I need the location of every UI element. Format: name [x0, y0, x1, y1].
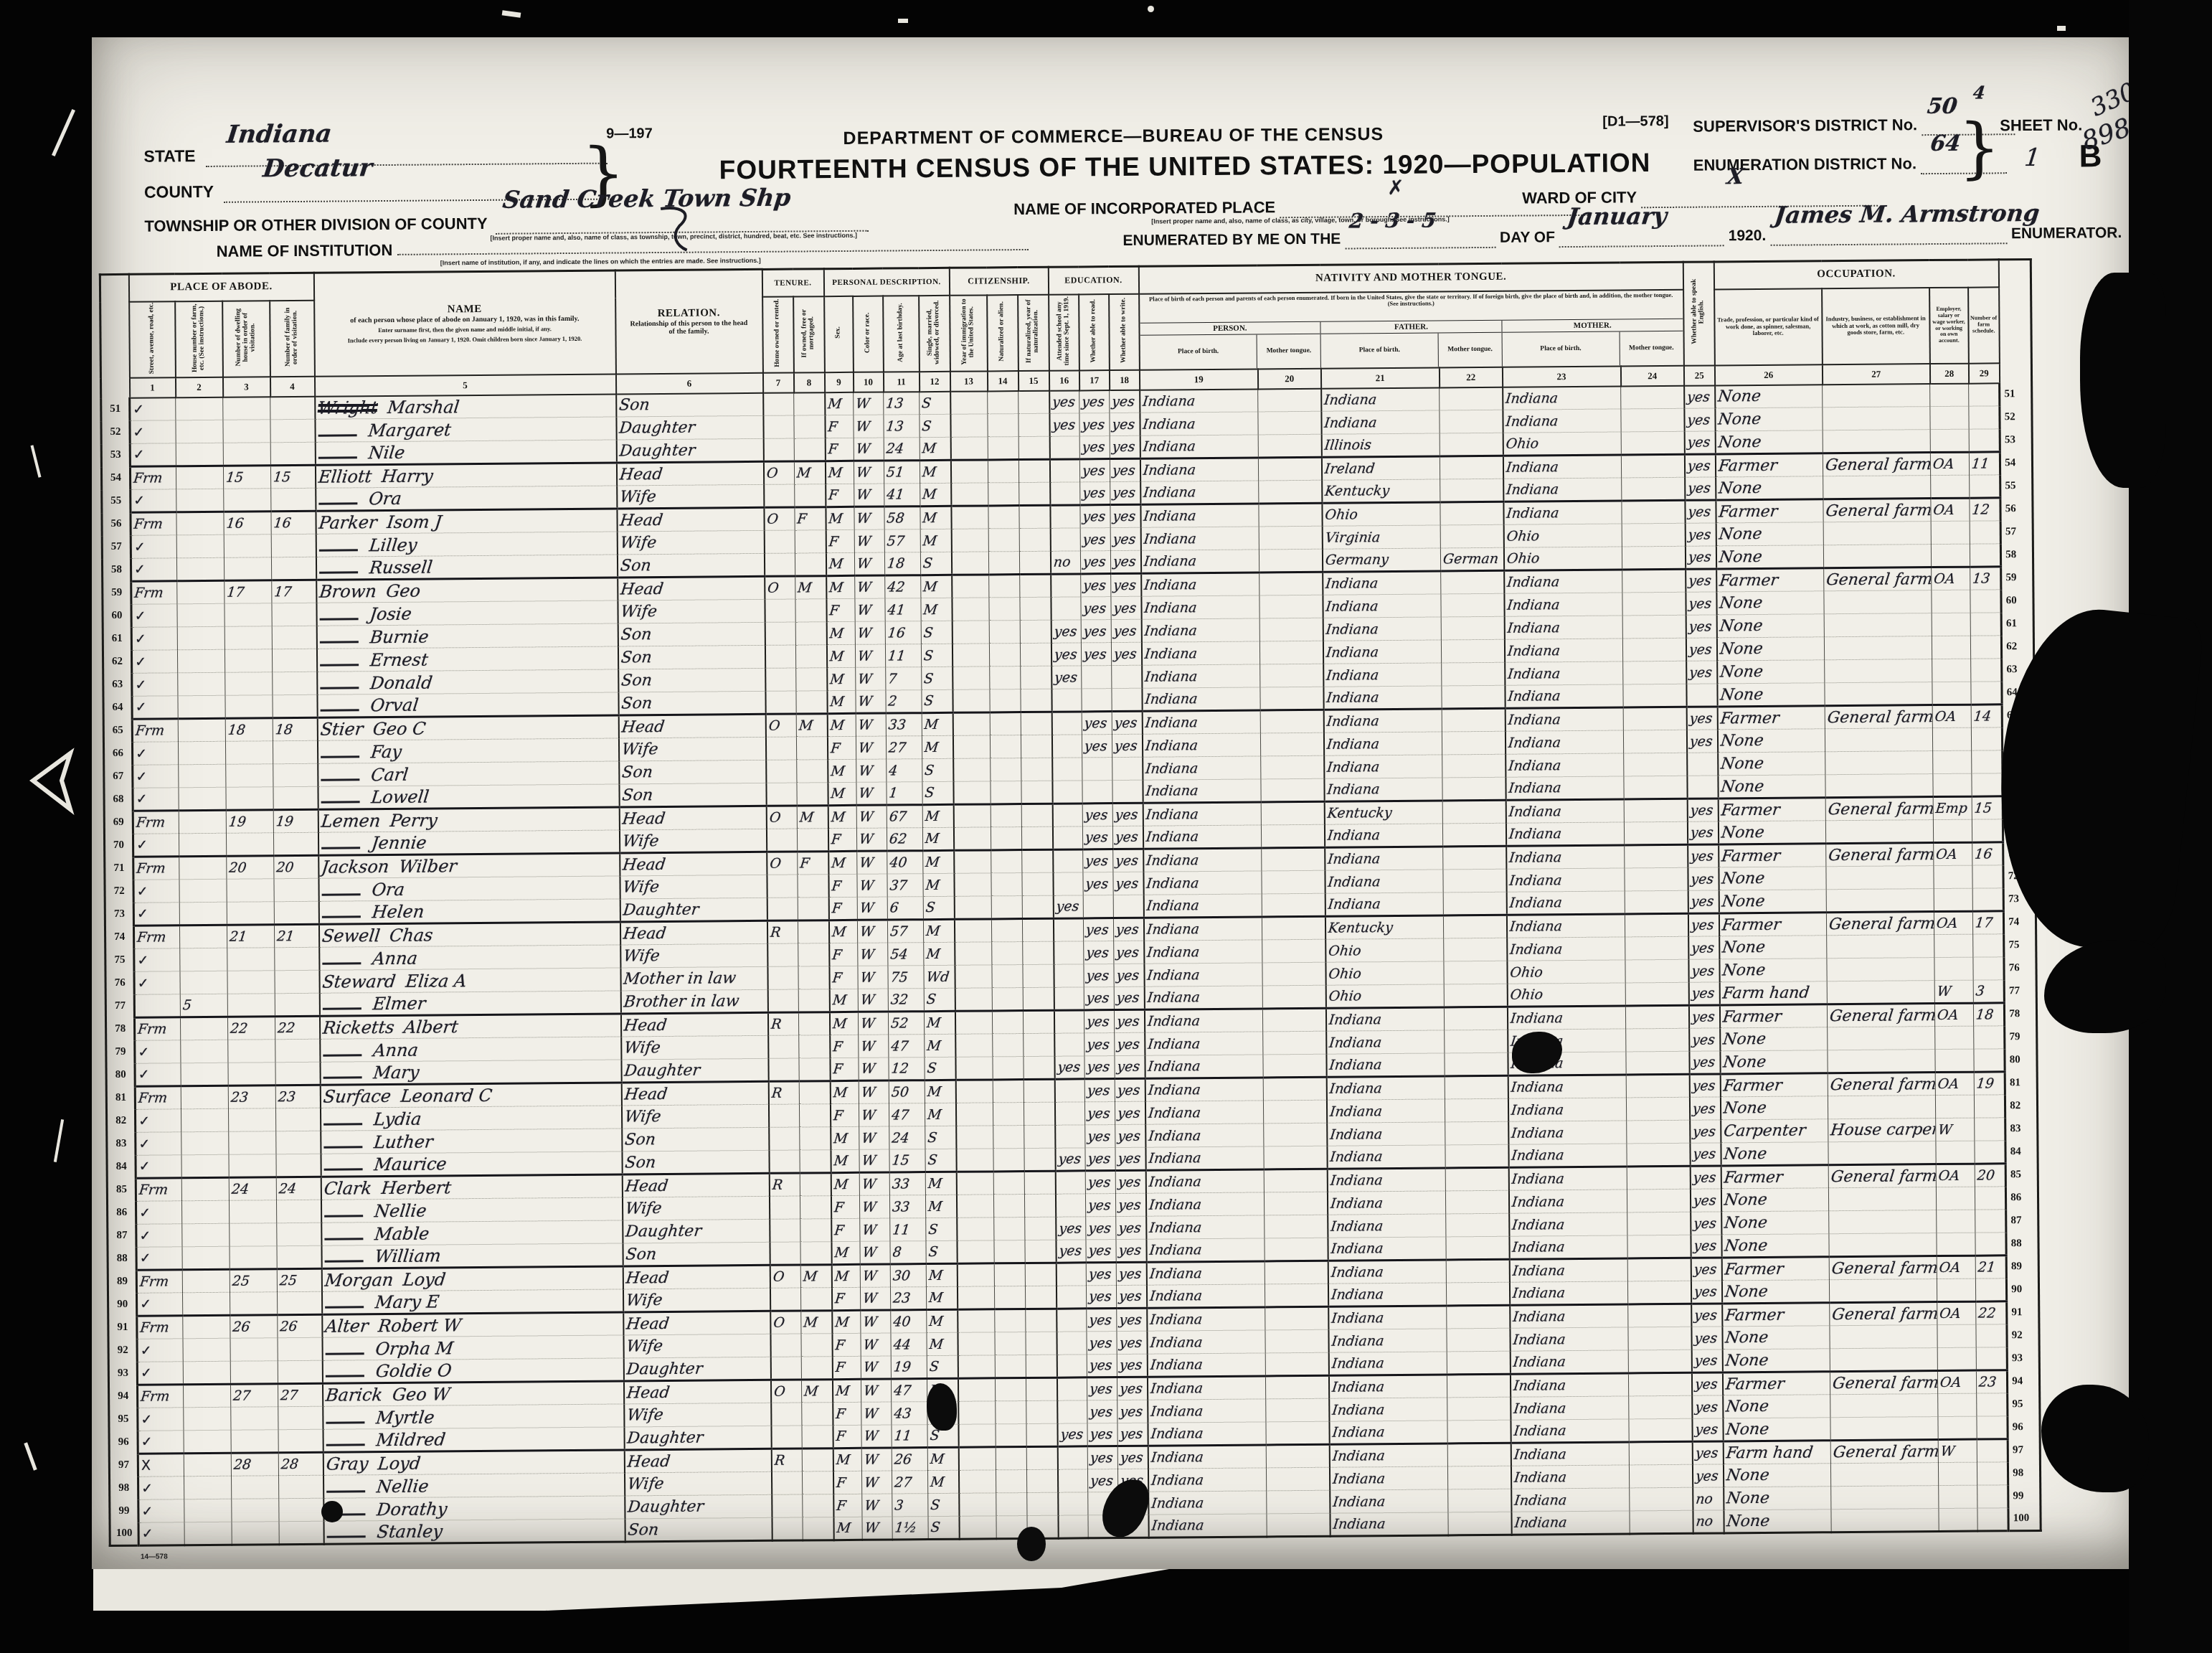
cell-able-to-read-value: yes: [1087, 1129, 1111, 1144]
line-number-left: 79: [106, 1040, 135, 1063]
cell-name: Nellie: [323, 1473, 625, 1498]
cell-dwelling-number: [230, 1292, 277, 1316]
cell-age-value: 13: [885, 418, 904, 434]
cell-street-value: ✓: [140, 1251, 151, 1266]
cell-relation-value: Brother in law: [623, 992, 740, 1011]
col-28-header: Employer, salary or wage worker, or work…: [1929, 287, 1969, 363]
cell-mother-birthplace-value: Indiana: [1510, 1079, 1564, 1096]
ditto-dash: [321, 885, 360, 895]
cell-speaks-english-value: yes: [1693, 1376, 1718, 1392]
line-number-left: 78: [105, 1017, 134, 1040]
cell-able-to-read: yes: [1082, 826, 1112, 849]
cell-farm-schedule: 3: [1973, 980, 2004, 1003]
cell-color: W: [859, 1080, 889, 1103]
cell-street-value: ✓: [138, 1113, 150, 1129]
cell-mother-mother-tongue: [1624, 753, 1687, 776]
cell-street: ✓: [132, 673, 178, 697]
cell-street: ✓: [133, 788, 179, 811]
cell-color-value: W: [861, 1199, 877, 1215]
cell-relation-value: Mother in law: [623, 969, 737, 988]
ditto-dash: [320, 656, 359, 666]
cell-house-number-value: 5: [182, 997, 193, 1013]
cell-color-value: W: [864, 1497, 879, 1513]
right-margin-blotch-upper: [2080, 273, 2166, 488]
cell-mother-mother-tongue: [1629, 1395, 1692, 1419]
cell-color: W: [861, 1310, 891, 1333]
cell-house-number: [178, 672, 225, 696]
cell-relation: Head: [618, 576, 765, 601]
cell-occupation-value: Farmer: [1721, 1007, 1782, 1026]
cell-marital-status: S: [922, 667, 953, 689]
cell-home-owned: [769, 1196, 800, 1219]
cell-age-value: 54: [889, 946, 909, 962]
cell-sex-value: F: [835, 1406, 846, 1422]
cell-person-birthplace-value: Indiana: [1145, 783, 1199, 799]
cell-marital-status-value: S: [923, 693, 935, 709]
cell-industry: [1827, 935, 1934, 959]
cell-able-to-read: yes: [1079, 459, 1110, 482]
cell-marital-status: M: [924, 1011, 955, 1034]
cell-speaks-english-value: yes: [1691, 1054, 1716, 1070]
line-number-cell-right: 93: [2007, 1347, 2039, 1370]
cell-employer-class: [1934, 865, 1972, 888]
cell-naturalized: [991, 804, 1021, 827]
cell-able-to-write: yes: [1115, 1147, 1145, 1170]
cell-age: 40: [887, 851, 923, 874]
cell-relation: Wife: [620, 943, 767, 968]
cell-home-owned: [764, 530, 795, 553]
cell-naturalization-year: [1020, 620, 1051, 643]
cell-industry: General farm: [1826, 843, 1934, 867]
cell-relation: Son: [618, 691, 765, 715]
cell-speaks-english: yes: [1690, 1166, 1721, 1189]
line-number-left: 69: [104, 811, 133, 834]
cell-relation: Head: [623, 1265, 770, 1289]
cell-farm-schedule: [1969, 429, 2000, 452]
cell-street: ✓: [131, 604, 177, 628]
cell-able-to-write-value: yes: [1112, 554, 1137, 570]
cell-immigration-year: [953, 735, 990, 758]
cell-free-mortgaged: [795, 645, 826, 668]
cell-relation: Son: [618, 645, 765, 669]
cell-age: 19: [891, 1356, 927, 1379]
cell-dwelling-number: 19: [226, 810, 273, 834]
cell-able-to-read: yes: [1084, 1102, 1115, 1125]
cell-family-number: [277, 1291, 321, 1314]
cell-relation-value: Wife: [626, 1475, 664, 1493]
cell-relation-value: Daughter: [618, 441, 696, 460]
cell-free-mortgaged: [796, 668, 827, 691]
cell-industry: General farm: [1830, 1371, 1938, 1395]
cell-mother-birthplace-value: Indiana: [1508, 872, 1562, 889]
cell-speaks-english-value: yes: [1688, 618, 1712, 634]
cell-family-number-value: 17: [273, 584, 293, 600]
cell-industry: [1830, 1394, 1938, 1418]
cell-naturalization-year: [1023, 1010, 1054, 1033]
cell-industry: General farm: [1828, 1004, 1935, 1027]
cell-employer-class-value: W: [1940, 1444, 1956, 1459]
cell-free-mortgaged: [797, 760, 828, 783]
cell-naturalization-year: [1023, 987, 1054, 1010]
cell-naturalization-year: [1025, 1240, 1056, 1263]
cell-mother-birthplace: Indiana: [1504, 616, 1622, 639]
cell-sex-value: F: [833, 1291, 845, 1306]
cell-house-number: [176, 397, 223, 420]
cell-sex-value: M: [828, 580, 844, 595]
cell-speaks-english: yes: [1686, 661, 1717, 684]
cell-farm-schedule: [1977, 1508, 2008, 1531]
cell-color: W: [856, 805, 887, 828]
cell-free-mortgaged: [803, 1494, 833, 1517]
col-number-11: 11: [883, 372, 919, 392]
given-name: Maurice: [373, 1154, 448, 1174]
cell-able-to-write: yes: [1110, 458, 1140, 481]
cell-immigration-year: [957, 1286, 994, 1309]
cell-farm-schedule: [1977, 1485, 2008, 1508]
cell-age: 43: [892, 1402, 927, 1425]
cell-family-number: 19: [273, 809, 318, 832]
cell-occupation: None: [1719, 821, 1826, 844]
cell-relation-value: Wife: [619, 534, 657, 552]
cell-father-mother-tongue: [1442, 800, 1506, 824]
cell-mother-birthplace: Indiana: [1511, 1373, 1629, 1397]
cell-naturalization-year: [1024, 1125, 1055, 1148]
cell-farm-schedule: 13: [1970, 567, 2001, 590]
cell-person-mother-tongue: [1260, 687, 1323, 710]
cell-home-owned: O: [770, 1380, 801, 1403]
cell-father-birthplace-value: Indiana: [1328, 1080, 1382, 1097]
cell-mother-birthplace: Indiana: [1511, 1419, 1629, 1443]
cell-person-mother-tongue: [1263, 1077, 1326, 1101]
cell-person-birthplace: Indiana: [1144, 963, 1262, 986]
cell-able-to-write-value: yes: [1119, 1357, 1143, 1373]
cell-age-value: 62: [889, 831, 908, 847]
cell-farm-schedule-value: 14: [1973, 708, 1993, 724]
cell-immigration-year: [958, 1378, 995, 1401]
cell-age-value: 40: [892, 1314, 912, 1329]
cell-color-value: W: [861, 1222, 877, 1238]
cell-industry: [1828, 1027, 1935, 1050]
cell-street: X: [138, 1454, 184, 1477]
day-of-label: DAY OF: [1500, 229, 1555, 246]
col-29-label: Number of farm schedule.: [1970, 315, 1997, 334]
cell-farm-schedule: [1972, 819, 2003, 842]
cell-dwelling-number-value: 26: [232, 1319, 251, 1335]
cell-mother-mother-tongue: [1628, 1327, 1691, 1350]
cell-home-owned: R: [767, 920, 798, 943]
cell-dwelling-number: [230, 1361, 278, 1385]
cell-occupation-value: Farmer: [1718, 571, 1779, 590]
cell-house-number: [181, 1131, 229, 1155]
line-number-left: 66: [103, 742, 132, 765]
col-number-9: 9: [824, 372, 853, 392]
cell-home-owned-value: O: [769, 856, 782, 872]
cell-relation-value: Wife: [623, 1108, 661, 1126]
cell-industry: General farm: [1824, 568, 1932, 591]
cell-street-value: ✓: [138, 1044, 149, 1060]
cell-able-to-read: yes: [1079, 413, 1110, 436]
cell-naturalization-year: [1022, 872, 1053, 895]
cell-mother-birthplace-value: Indiana: [1511, 1194, 1564, 1210]
cell-sex-value: F: [831, 878, 842, 894]
col-26-label: Trade, profession, or particular kind of…: [1716, 316, 1820, 338]
cell-father-birthplace: Ohio: [1325, 984, 1444, 1008]
cell-occupation-value: None: [1716, 387, 1762, 405]
cell-able-to-read: yes: [1087, 1423, 1117, 1446]
cell-mother-mother-tongue: [1626, 1097, 1689, 1121]
cell-sex: M: [828, 759, 856, 782]
cell-street-value: ✓: [141, 1434, 153, 1450]
cell-occupation-value: None: [1718, 547, 1763, 565]
cell-person-birthplace-value: Indiana: [1144, 738, 1198, 754]
cell-speaks-english: yes: [1686, 592, 1716, 615]
col-number-13: 13: [950, 371, 987, 391]
cell-free-mortgaged: [800, 1196, 831, 1219]
cell-employer-class: OA: [1934, 911, 1973, 934]
cell-person-mother-tongue: [1262, 893, 1325, 917]
cell-dwelling-number: [223, 420, 270, 443]
cell-mother-birthplace-value: Indiana: [1505, 459, 1559, 476]
cell-family-number: [270, 419, 315, 442]
cell-home-owned: [771, 1403, 802, 1426]
cell-farm-schedule: 21: [1975, 1256, 2006, 1278]
cell-age: 23: [890, 1287, 926, 1310]
cell-attended-school: [1053, 872, 1083, 895]
cell-occupation: None: [1721, 1234, 1829, 1258]
cell-street-value: ✓: [141, 1503, 153, 1519]
col-number-28: 28: [1930, 363, 1969, 383]
cell-sex: M: [828, 920, 857, 943]
line-number-cell-right: 84: [2005, 1140, 2038, 1163]
cell-person-birthplace: Indiana: [1140, 527, 1259, 550]
cell-father-birthplace: Indiana: [1323, 686, 1442, 710]
cell-street: Frm: [132, 719, 178, 743]
cell-speaks-english-value: yes: [1689, 802, 1714, 818]
cell-person-birthplace: Indiana: [1148, 1445, 1266, 1469]
cell-industry: General farm: [1828, 1164, 1936, 1188]
father-title: FATHER.: [1321, 320, 1502, 334]
ditto-dash: [323, 1115, 362, 1125]
cell-farm-schedule-value: 20: [1977, 1167, 1996, 1183]
cell-naturalized: [996, 1447, 1026, 1470]
cell-industry-value: General farm: [1828, 846, 1934, 865]
cell-farm-schedule: [1977, 1439, 2008, 1462]
cell-able-to-write-value: yes: [1115, 807, 1139, 823]
cell-home-owned: [763, 415, 794, 438]
cell-mother-birthplace-value: Indiana: [1512, 1309, 1566, 1325]
cell-mother-birthplace-value: Indiana: [1513, 1446, 1566, 1463]
cell-person-birthplace-value: Indiana: [1148, 1150, 1201, 1167]
cell-able-to-read: yes: [1083, 849, 1113, 872]
cell-sex-value: F: [828, 487, 839, 503]
cell-person-birthplace: Indiana: [1148, 1399, 1266, 1423]
cell-street: ✓: [137, 1339, 183, 1362]
cell-naturalization-year: [1019, 528, 1050, 551]
cell-mother-birthplace-value: Indiana: [1505, 413, 1559, 430]
given-name: Stanley: [376, 1521, 444, 1542]
cell-occupation: None: [1716, 545, 1824, 569]
col-number-26: 26: [1715, 364, 1823, 385]
cell-able-to-write-value: yes: [1117, 1083, 1141, 1098]
cell-free-mortgaged: [795, 622, 826, 645]
cell-marital-status-value: S: [924, 763, 935, 778]
cell-sex: F: [833, 1425, 861, 1448]
cell-marital-status: S: [927, 1355, 958, 1378]
cell-relation-value: Wife: [618, 488, 656, 506]
cell-employer-class: [1937, 1233, 1975, 1256]
cell-naturalized: [993, 1034, 1024, 1057]
cell-person-birthplace: Indiana: [1143, 917, 1262, 941]
cell-family-number: [271, 534, 316, 557]
cell-mother-mother-tongue: [1625, 1005, 1688, 1029]
cell-color: W: [859, 1035, 889, 1058]
cell-age: 37: [887, 874, 923, 897]
col-number-14: 14: [987, 371, 1018, 391]
cell-street: ✓: [138, 1431, 184, 1454]
cell-occupation: None: [1716, 476, 1823, 500]
line-number-left: 75: [105, 948, 134, 971]
cell-relation: Head: [618, 714, 765, 738]
cell-mother-birthplace-value: Indiana: [1508, 895, 1562, 911]
cell-street-value: ✓: [138, 975, 149, 991]
cell-industry-value: General farm: [1833, 1443, 1939, 1461]
cell-sex: F: [831, 1287, 860, 1310]
cell-speaks-english: yes: [1691, 1189, 1721, 1212]
cell-street-value: ✓: [134, 608, 146, 623]
cell-mother-mother-tongue: [1621, 454, 1684, 478]
cell-street: ✓: [130, 397, 176, 421]
cell-mother-mother-tongue: [1627, 1281, 1691, 1304]
cell-marital-status-value: M: [922, 441, 937, 456]
given-name: Mary: [372, 1063, 420, 1083]
cell-employer-class: W: [1938, 1439, 1977, 1462]
cell-sex: F: [833, 1402, 861, 1425]
cell-naturalized: [991, 896, 1022, 919]
cell-home-owned: R: [771, 1449, 802, 1471]
cell-mother-birthplace-value: Indiana: [1512, 1354, 1566, 1370]
cell-street: ✓: [138, 1408, 184, 1431]
ditto-dash: [320, 679, 359, 689]
cell-mother-mother-tongue: [1622, 592, 1686, 616]
cell-dwelling-number: [230, 1338, 278, 1362]
cell-street-value: ✓: [135, 654, 146, 669]
cell-employer-class: [1934, 888, 1972, 911]
cell-father-birthplace-value: Indiana: [1325, 713, 1379, 730]
cell-age-value: 47: [890, 1038, 909, 1054]
cell-naturalization-year: [1021, 735, 1051, 758]
cell-home-owned-value: R: [771, 1177, 783, 1193]
cell-person-mother-tongue: [1266, 1421, 1329, 1445]
given-name: Wilber: [397, 856, 458, 877]
cell-name: Anna: [320, 1037, 621, 1062]
cell-able-to-write: yes: [1110, 527, 1140, 550]
cell-father-birthplace-value: Indiana: [1326, 827, 1380, 844]
cell-occupation: None: [1719, 890, 1826, 913]
cell-marital-status: S: [926, 1218, 957, 1240]
cell-naturalized: [990, 667, 1021, 689]
cell-industry: [1831, 1486, 1939, 1510]
cell-speaks-english-value: yes: [1687, 504, 1711, 519]
cell-occupation-value: Farm hand: [1725, 1444, 1814, 1462]
line-number-cell-right: 850 0: [2005, 1163, 2038, 1186]
cell-occupation: None: [1719, 936, 1827, 959]
cell-free-mortgaged: [802, 1449, 833, 1471]
cell-able-to-read: [1082, 758, 1112, 781]
cell-mother-birthplace-value: Ohio: [1505, 435, 1539, 451]
mother-title: MOTHER.: [1502, 319, 1683, 332]
cell-marital-status-value: M: [928, 1268, 944, 1284]
col-number-1: 1: [129, 377, 175, 398]
line-number-left: 97: [109, 1454, 138, 1477]
margin-annotation: 0 0: [2031, 566, 2034, 589]
cell-person-mother-tongue: [1263, 1031, 1326, 1055]
cell-farm-schedule-value: 11: [1971, 456, 1990, 471]
cell-house-number: 5: [180, 994, 227, 1017]
cell-attended-school: yes: [1054, 1056, 1084, 1079]
cell-farm-schedule: 15: [1972, 796, 2003, 819]
cell-speaks-english-value: yes: [1693, 1352, 1718, 1368]
cell-age: 44: [891, 1333, 927, 1356]
cell-person-birthplace-value: Indiana: [1144, 715, 1198, 731]
ditto-dash: [325, 1298, 364, 1308]
cell-home-owned: [771, 1426, 802, 1449]
cell-able-to-read: yes: [1082, 804, 1112, 826]
cell-sex: M: [826, 507, 854, 529]
cell-person-birthplace: Indiana: [1144, 940, 1262, 964]
cell-occupation: None: [1722, 1326, 1830, 1350]
cell-able-to-write-value: yes: [1117, 1243, 1142, 1258]
cell-sex-value: M: [831, 924, 846, 940]
line-number-left: 55: [102, 489, 131, 512]
cell-farm-schedule: [1972, 727, 2003, 750]
cell-dwelling-number-value: 25: [232, 1273, 251, 1289]
line-number-right: 54: [2005, 457, 2015, 468]
cell-naturalization-year: [1027, 1469, 1058, 1492]
cell-occupation: Farm hand: [1723, 1441, 1830, 1464]
cell-naturalized: [996, 1401, 1026, 1424]
cell-mother-birthplace: Indiana: [1504, 593, 1622, 616]
cell-father-birthplace-value: Germany: [1324, 552, 1389, 568]
cell-marital-status-value: M: [925, 854, 940, 870]
cell-color-value: W: [857, 671, 873, 687]
cell-mother-birthplace-value: Indiana: [1506, 574, 1560, 590]
cell-occupation-value: Farmer: [1718, 502, 1779, 521]
cell-relation: Wife: [617, 530, 764, 555]
cell-color: W: [862, 1517, 892, 1540]
cell-free-mortgaged: [795, 599, 826, 622]
cell-name: Ora: [318, 876, 620, 901]
cell-family-number: 26: [278, 1314, 322, 1337]
cell-attended-school: [1054, 964, 1084, 987]
cell-name: Goldie O: [322, 1358, 623, 1383]
surname: Barick: [324, 1385, 383, 1405]
cell-street-value: ✓: [139, 1228, 151, 1243]
cell-father-mother-tongue: [1445, 1144, 1508, 1168]
cell-able-to-write-value: yes: [1117, 1174, 1142, 1190]
cell-house-number: [176, 466, 223, 489]
cell-able-to-read: yes: [1079, 436, 1110, 459]
cell-dwelling-number: [224, 626, 272, 650]
line-number-left: 54: [101, 466, 130, 489]
cell-name: StewardEliza A: [319, 968, 620, 993]
cell-person-birthplace: Indiana: [1145, 1124, 1264, 1147]
cell-naturalized: [991, 781, 1021, 804]
cell-father-birthplace: Indiana: [1328, 1191, 1446, 1215]
cell-marital-status: M: [926, 1286, 957, 1309]
col-27-header: Industry, business, or establishment in …: [1822, 288, 1930, 364]
col-number-6: 6: [615, 372, 762, 394]
cell-marital-status-value: M: [925, 946, 941, 961]
